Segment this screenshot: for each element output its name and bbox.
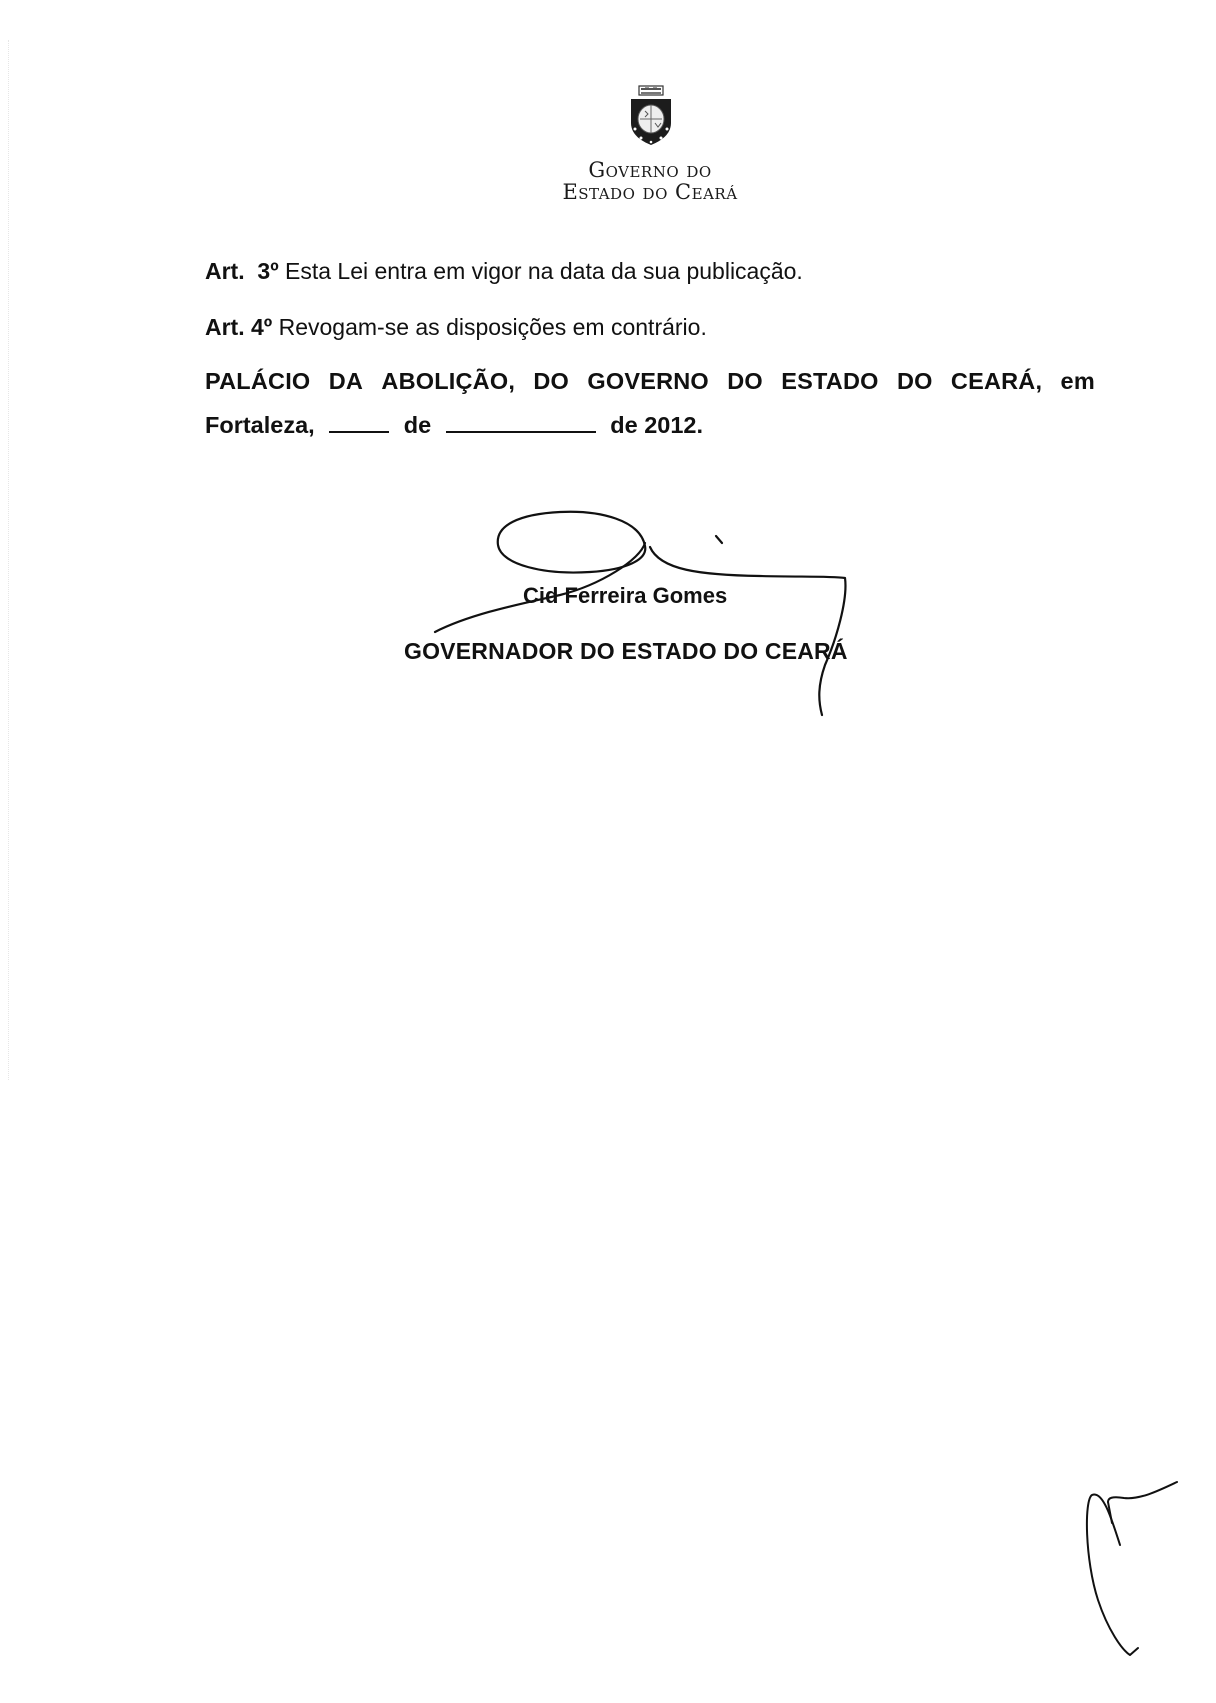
closing-word: em — [1061, 368, 1095, 395]
article-label: Art. — [205, 258, 245, 284]
closing-year: de 2012. — [610, 412, 703, 438]
header-line-governo: Governo do — [460, 158, 840, 182]
closing-word: ABOLIÇÃO, — [381, 368, 515, 395]
closing-de: de — [404, 412, 431, 438]
signatory-name: Cid Ferreira Gomes — [523, 583, 727, 609]
article-4: Art. 4º Revogam-se as disposições em con… — [205, 314, 707, 341]
article-text: Esta Lei entra em vigor na data da sua p… — [285, 258, 803, 284]
scan-margin-artifact — [8, 40, 10, 1080]
closing-palacio-line: PALÁCIO DA ABOLIÇÃO, DO GOVERNO DO ESTAD… — [205, 368, 1095, 395]
document-page: Governo do Estado do Ceará Art. 3º Esta … — [0, 0, 1216, 1703]
closing-word: PALÁCIO — [205, 368, 310, 395]
article-text: Revogam-se as disposições em contrário. — [279, 314, 707, 340]
article-number: 4º — [251, 314, 272, 340]
article-3: Art. 3º Esta Lei entra em vigor na data … — [205, 258, 803, 285]
closing-word: DO — [533, 368, 569, 395]
article-label: Art. — [205, 314, 245, 340]
header-line-estado: Estado do Ceará — [460, 180, 840, 204]
blank-day-field — [329, 413, 389, 433]
blank-month-field — [446, 413, 596, 433]
closing-word: CEARÁ, — [951, 368, 1042, 395]
closing-word: DO — [897, 368, 933, 395]
closing-word: DO — [727, 368, 763, 395]
signatory-title: GOVERNADOR DO ESTADO DO CEARÁ — [404, 638, 848, 665]
coat-of-arms-icon — [627, 85, 675, 147]
closing-city: Fortaleza, — [205, 412, 315, 438]
closing-word: GOVERNO — [587, 368, 709, 395]
closing-date-line: Fortaleza, de de 2012. — [205, 412, 703, 439]
article-number: 3º — [257, 258, 278, 284]
closing-word: DA — [329, 368, 363, 395]
handwritten-signature — [0, 0, 1216, 1703]
closing-word: ESTADO — [781, 368, 878, 395]
